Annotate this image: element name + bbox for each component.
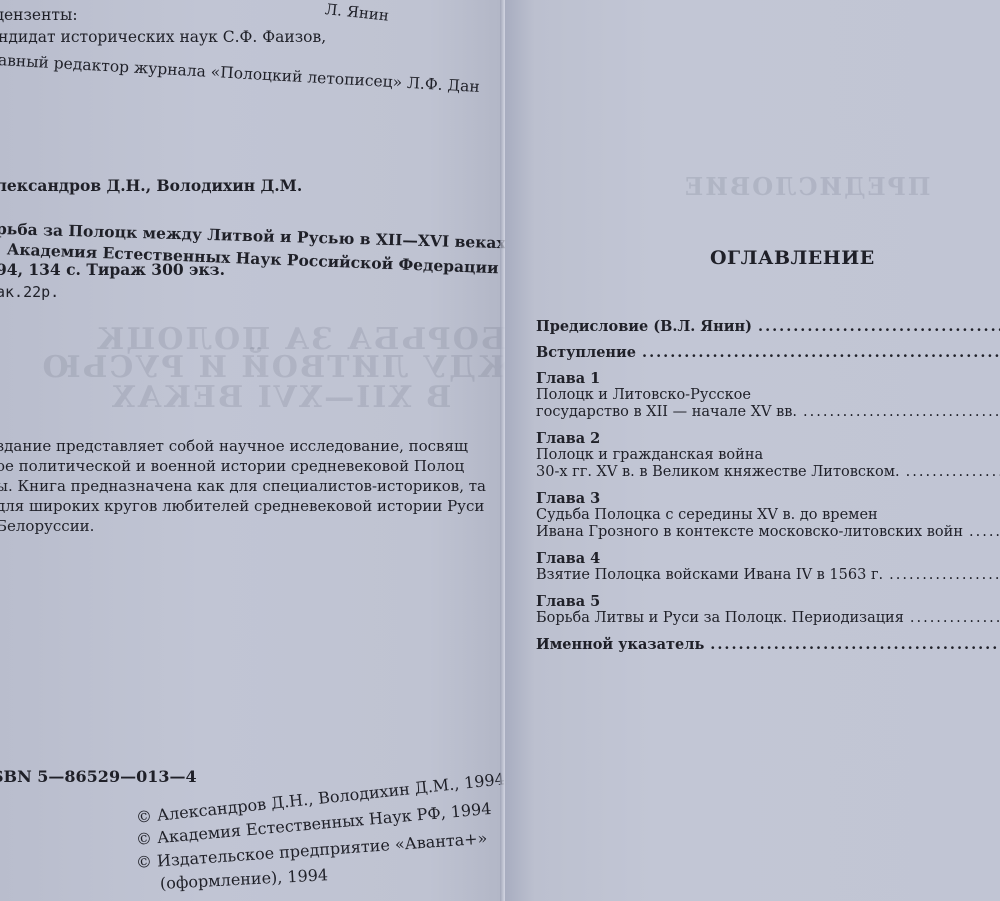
copyright-line: (оформление), 1994 — [160, 865, 329, 893]
reviewer-line: ндидат исторических наук С.Ф. Фаизов, — [0, 28, 326, 46]
toc-item-preface: Предисловие (В.Л. Янин) — [536, 318, 1000, 335]
toc-item-name-index: Именной указатель — [536, 636, 1000, 653]
leader-dots — [889, 567, 1000, 584]
chapter-label: Глава 5 — [536, 593, 1000, 610]
chapter-label: Глава 4 — [536, 550, 1000, 567]
chapter-label: Глава 3 — [536, 490, 1000, 507]
book-spread: БОРЬБА ЗА ПОЛОЦК МЕЖДУ ЛИТВОЙ И РУСЬЮ В … — [0, 0, 1000, 901]
toc-item-chapter-5: Глава 5 Борьба Литвы и Руси за Полоцк. П… — [536, 593, 1000, 627]
bleed-through-heading: ПРЕДИСЛОВИЕ — [683, 172, 931, 201]
toc-item-chapter-4: Глава 4 Взятие Полоцка войсками Ивана IV… — [536, 550, 1000, 584]
table-of-contents: Предисловие (В.Л. Янин) Вступление Глава… — [536, 318, 1000, 662]
contents-page: ПРЕДИСЛОВИЕ ОГЛАВЛЕНИЕ Предисловие (В.Л.… — [505, 0, 1000, 901]
authors: лександров Д.Н., Володихин Д.М. — [0, 176, 302, 195]
leader-dots — [969, 524, 1000, 541]
reviewers-heading: цензенты: — [0, 6, 78, 24]
isbn: SBN 5—86529—013—4 — [0, 767, 197, 786]
page-title: ОГЛАВЛЕНИЕ — [710, 247, 875, 269]
leader-dots — [710, 636, 1000, 653]
toc-item-chapter-3: Глава 3 Судьба Полоцка с середины XV в. … — [536, 490, 1000, 541]
toc-label: Вступление — [536, 344, 636, 361]
chapter-title-line: Полоцк и гражданская война — [536, 447, 1000, 464]
annotation-line: здание представляет собой научное исслед… — [0, 437, 468, 455]
toc-item-chapter-2: Глава 2 Полоцк и гражданская война 30-х … — [536, 430, 1000, 481]
bibliographic-imprint-line: 94, 134 с. Тираж 300 экз. — [0, 260, 225, 279]
chapter-label: Глава 2 — [536, 430, 1000, 447]
bleed-through-line: В XII—XVI ВЕКАХ — [110, 380, 451, 415]
price-fragment: ак.22р. — [0, 283, 59, 301]
colophon-page: БОРЬБА ЗА ПОЛОЦК МЕЖДУ ЛИТВОЙ И РУСЬЮ В … — [0, 0, 505, 901]
annotation-line: ы. Книга предназначена как для специалис… — [0, 477, 486, 495]
chapter-title-line: Судьба Полоцка с середины XV в. до време… — [536, 507, 1000, 524]
annotation-line: для широких кругов любителей средневеков… — [0, 497, 484, 515]
reviewer-line: авный редактор журнала «Полоцкий летопис… — [0, 51, 480, 96]
chapter-title-line: Ивана Грозного в контексте московско-лит… — [536, 524, 963, 541]
annotation-line: ое политической и военной истории средне… — [0, 457, 464, 475]
chapter-title-line: Борьба Литвы и Руси за Полоцк. Периодиза… — [536, 610, 904, 627]
chapter-label: Глава 1 — [536, 370, 1000, 387]
leader-dots — [758, 318, 1000, 335]
leader-dots — [803, 404, 1000, 421]
toc-item-introduction: Вступление — [536, 344, 1000, 361]
toc-label: Предисловие (В.Л. Янин) — [536, 318, 752, 335]
chapter-title-line: Полоцк и Литовско-Русское — [536, 387, 1000, 404]
toc-label: Именной указатель — [536, 636, 704, 653]
chapter-title-line: государство в XII — начале XV вв. — [536, 404, 797, 421]
editor-fragment: Л. Янин — [324, 0, 390, 25]
leader-dots — [906, 464, 1000, 481]
toc-item-chapter-1: Глава 1 Полоцк и Литовско-Русское госуда… — [536, 370, 1000, 421]
annotation-line: Белоруссии. — [0, 517, 94, 535]
leader-dots — [910, 610, 1000, 627]
chapter-title-line: 30-х гг. XV в. в Великом княжестве Литов… — [536, 464, 900, 481]
chapter-title-line: Взятие Полоцка войсками Ивана IV в 1563 … — [536, 567, 883, 584]
leader-dots — [642, 344, 1000, 361]
